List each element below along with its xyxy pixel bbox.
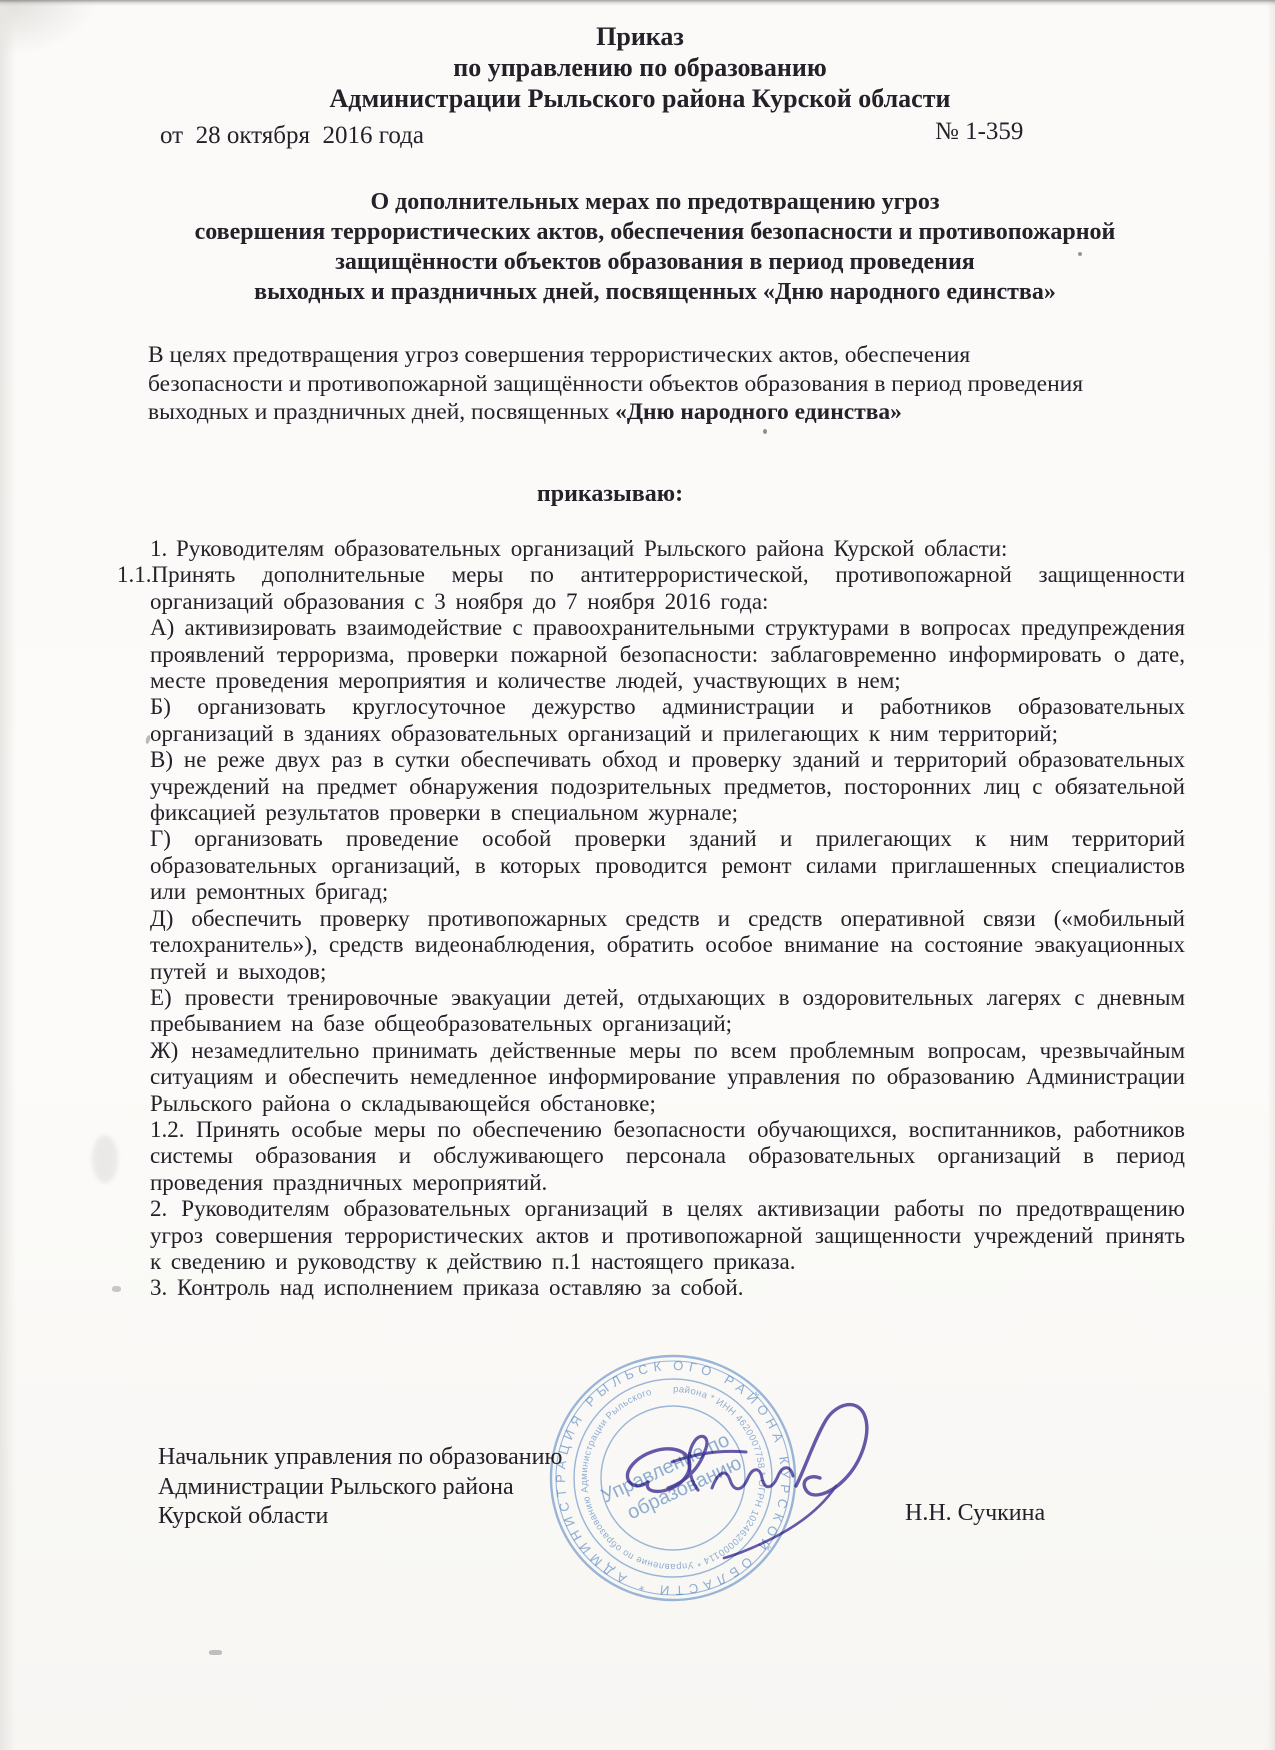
scan-speck: [209, 1650, 222, 1655]
stamp-center-text: Управление по образованию: [598, 1427, 749, 1531]
header-line-department: по управлению по образованию: [140, 52, 1140, 83]
signatory-position-line: Курской области: [158, 1502, 562, 1532]
scanned-order-page: Приказ по управлению по образованию Адми…: [0, 0, 1275, 1750]
signatory-position-line: Начальник управления по образованию: [158, 1443, 562, 1473]
order-item-1-2: 1.2. Принять особые меры по обеспечению …: [150, 1117, 1185, 1196]
order-title: О дополнительных мерах по предотвращению…: [140, 187, 1170, 307]
signatory-position-line: Администрации Рыльского района: [158, 1473, 562, 1503]
title-line: О дополнительных мерах по предотвращению…: [140, 187, 1170, 217]
decree-word: приказываю:: [140, 481, 1080, 508]
order-subitem-b: Б) организовать круглосуточное дежурство…: [150, 694, 1185, 747]
order-item-1-text: Руководителям образовательных организаци…: [176, 536, 1007, 561]
scan-smudge: [92, 1135, 118, 1183]
order-subitem-a: А) активизировать взаимодействие с право…: [150, 615, 1185, 694]
order-item-1-marker: 1.: [150, 536, 176, 562]
official-round-stamp: ОГО РАЙОНА КУРСКОЙ ОБЛАСТИ * АДМИНИСТРАЦ…: [533, 1338, 813, 1618]
order-item-2: 2. Руководителям образовательных организ…: [150, 1196, 1185, 1275]
header-line-administration: Администрации Рыльского района Курской о…: [140, 83, 1140, 114]
order-subitem-e: Е) провести тренировочные эвакуации дете…: [150, 985, 1185, 1038]
meta-row: от 28 октября 2016 года № 1-359: [160, 122, 1195, 150]
order-item-3: 3. Контроль над исполнением приказа оста…: [150, 1275, 1185, 1301]
intro-line: выходных и праздничных дней, посвященных…: [148, 398, 1248, 427]
order-date: от 28 октября 2016 года: [160, 122, 424, 149]
signature-block: Начальник управления по образованию Адми…: [158, 1443, 562, 1532]
intro-line-text: выходных и праздничных дней, посвященных: [148, 399, 615, 425]
intro-bold-phrase: «Дню народного единства»: [615, 399, 902, 425]
scan-speck: [763, 429, 767, 434]
order-item-1-1: 1.1.Принять дополнительные меры по антит…: [150, 562, 1185, 615]
scan-speck: [1078, 252, 1082, 256]
title-line: защищённости объектов образования в пери…: [140, 247, 1170, 277]
signatory-name: Н.Н. Сучкина: [905, 1500, 1045, 1527]
order-body: 1.Руководителям образовательных организа…: [150, 536, 1185, 1302]
header-line-prikaz: Приказ: [140, 21, 1140, 52]
order-number: № 1-359: [935, 118, 1023, 146]
scan-speck: [112, 1286, 121, 1292]
title-line: выходных и праздничных дней, посвященных…: [140, 277, 1170, 307]
intro-paragraph: В целях предотвращения угроз совершения …: [148, 341, 1248, 427]
order-subitem-d: Д) обеспечить проверку противопожарных с…: [150, 906, 1185, 985]
intro-line: безопасности и противопожарной защищённо…: [148, 370, 1248, 399]
order-subitem-v: В) не реже двух раз в сутки обеспечивать…: [150, 747, 1185, 826]
order-subitem-zh: Ж) незамедлительно принимать действенные…: [150, 1038, 1185, 1117]
stamp-inner-ring-text: района * ИНН 4620007758 * ОГРН 102462000…: [579, 1384, 767, 1572]
order-item-1: 1.Руководителям образовательных организа…: [150, 536, 1185, 562]
title-line: совершения террористических актов, обесп…: [140, 217, 1170, 247]
intro-line: В целях предотвращения угроз совершения …: [148, 341, 1248, 370]
order-subitem-g: Г) организовать проведение особой провер…: [150, 826, 1185, 905]
document-header: Приказ по управлению по образованию Адми…: [140, 21, 1140, 114]
